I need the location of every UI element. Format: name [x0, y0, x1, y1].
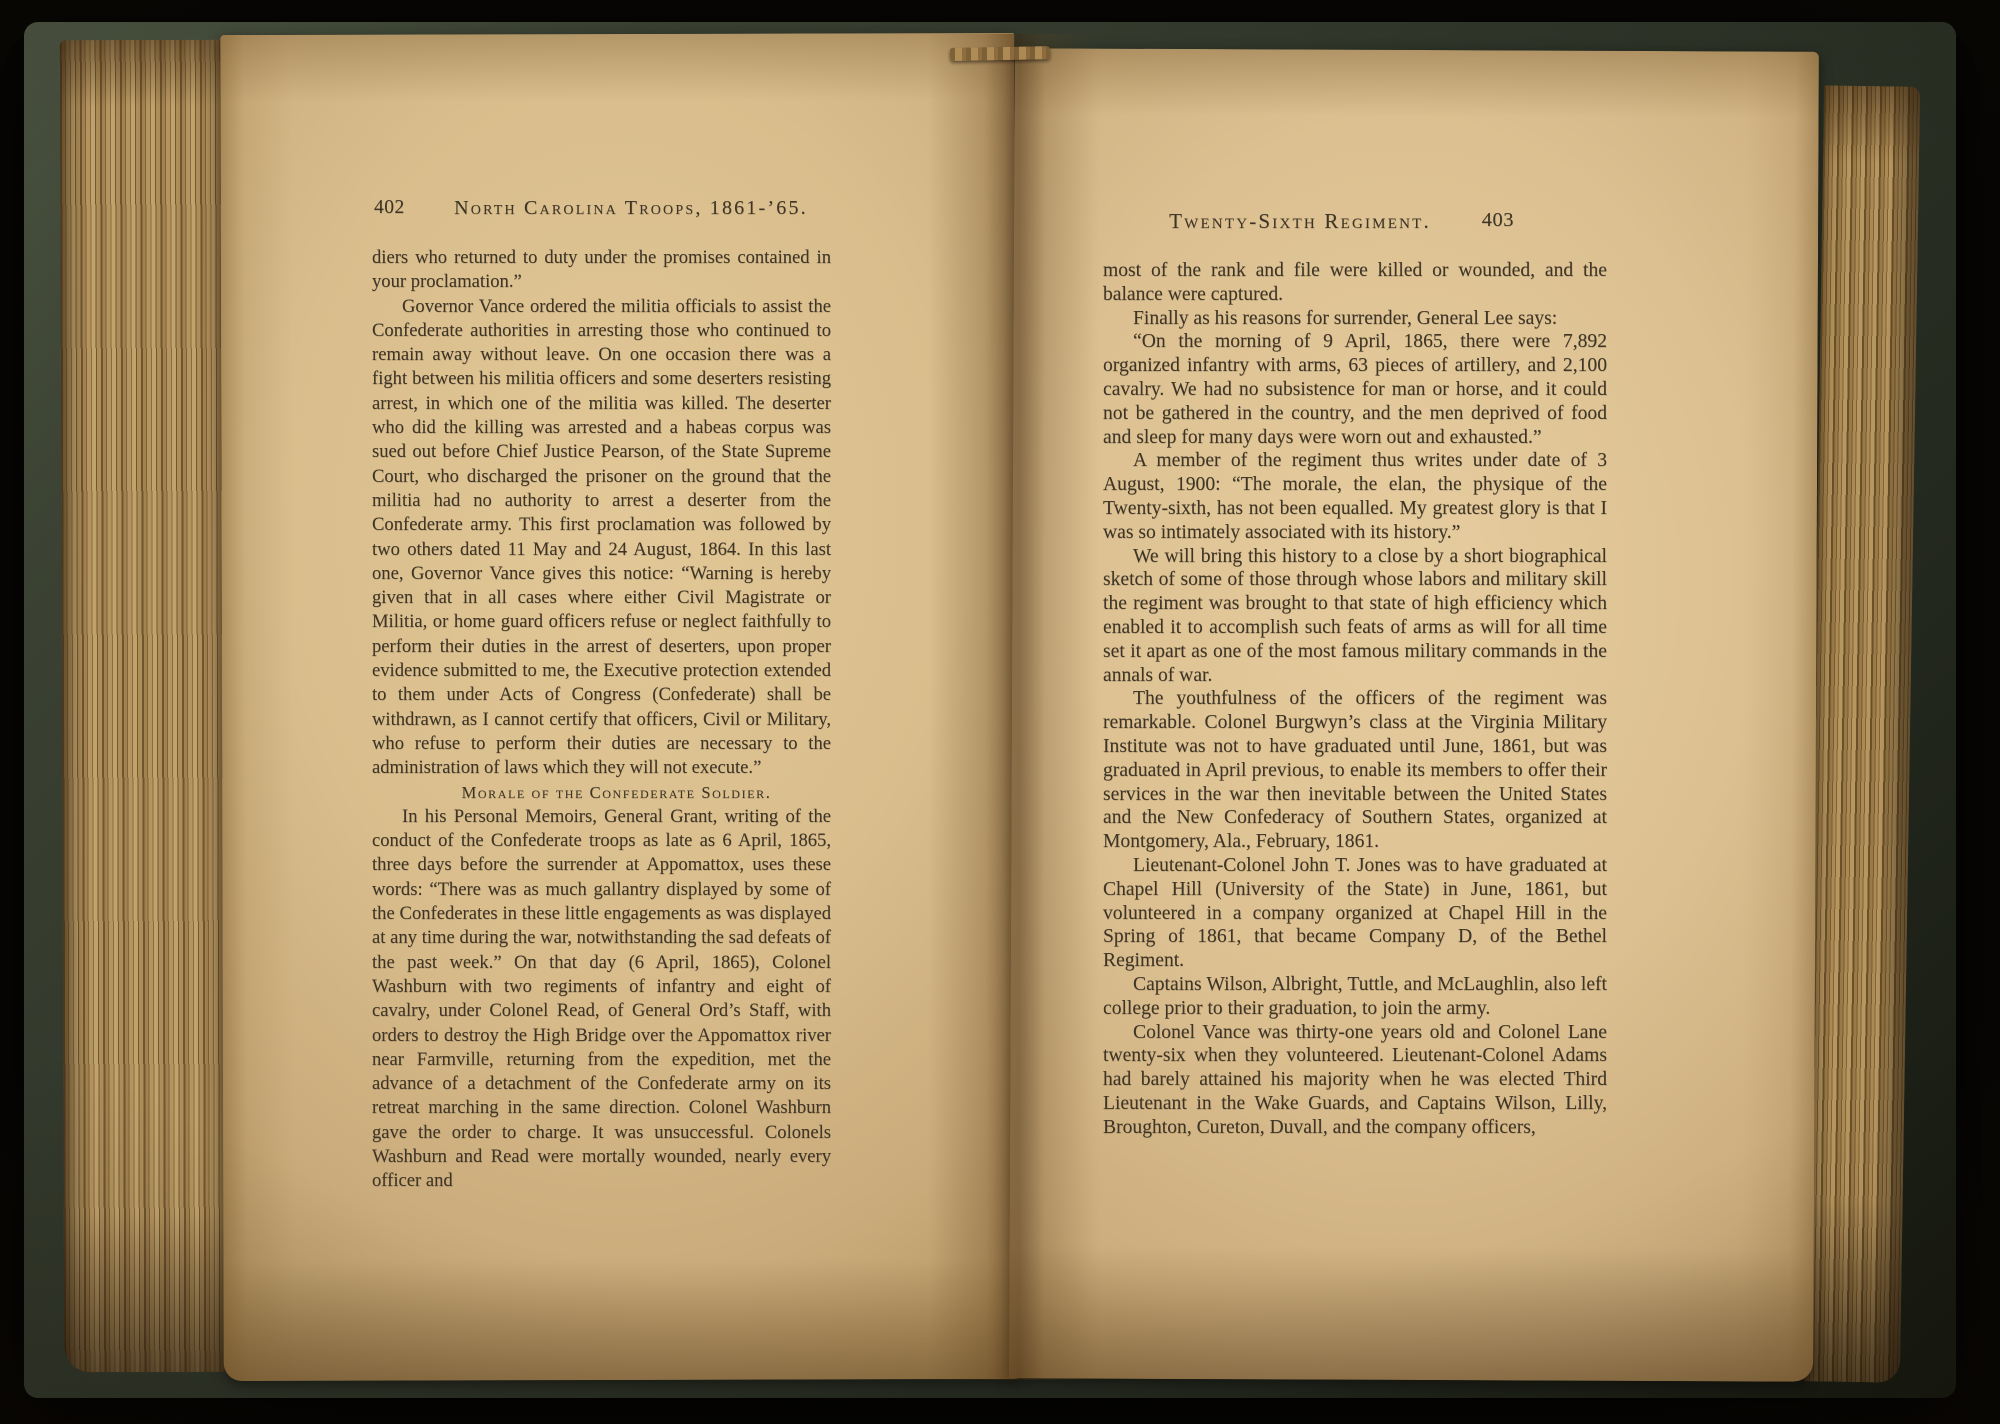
right-running-title: Twenty-Sixth Regiment. — [1048, 209, 1552, 234]
left-page-body: diers who returned to duty under the pro… — [372, 246, 831, 1194]
left-page-fore-edge — [60, 40, 229, 1373]
paragraph: The youthfulness of the officers of the … — [1103, 687, 1607, 854]
left-running-title: North Carolina Troops, 1861-’65. — [402, 197, 860, 220]
paragraph: Colonel Vance was thirty-one years old a… — [1103, 1021, 1607, 1140]
paragraph: Governor Vance ordered the militia offic… — [372, 295, 831, 781]
left-page-header: 402 North Carolina Troops, 1861-’65. — [372, 197, 830, 227]
paragraph: Lieutenant-Colonel John T. Jones was to … — [1103, 854, 1607, 973]
section-heading: Morale of the Confederate Soldier. — [372, 781, 831, 805]
paragraph: Captains Wilson, Albright, Tuttle, and M… — [1103, 973, 1607, 1021]
paragraph: “On the morning of 9 April, 1865, there … — [1103, 330, 1607, 449]
paragraph: Finally as his reasons for surrender, Ge… — [1103, 307, 1607, 331]
right-page-fore-edge — [1804, 85, 1920, 1382]
paragraph: most of the rank and file were killed or… — [1103, 259, 1607, 307]
right-page-header: Twenty-Sixth Regiment. 403 — [1104, 209, 1608, 239]
paragraph: diers who returned to duty under the pro… — [372, 246, 831, 295]
paragraph: In his Personal Memoirs, General Grant, … — [372, 805, 831, 1194]
left-page-number: 402 — [374, 197, 405, 219]
right-page-number: 403 — [1482, 209, 1514, 232]
book-gutter-shadow — [928, 34, 1100, 1380]
book-photo: 402 North Carolina Troops, 1861-’65. die… — [0, 0, 2000, 1424]
right-page-body: most of the rank and file were killed or… — [1103, 259, 1607, 1139]
paragraph: We will bring this history to a close by… — [1103, 545, 1607, 688]
binding-stitches — [950, 46, 1050, 61]
paragraph: A member of the regiment thus writes und… — [1103, 449, 1607, 544]
